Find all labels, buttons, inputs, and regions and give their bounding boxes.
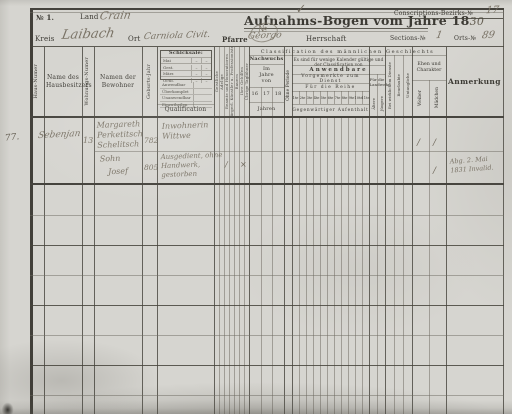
wohnungs-numer-label: Wohnungs-Numer [85, 57, 91, 106]
entryA-names: Margareth Perketitsch Schelitsch [96, 119, 143, 151]
ehen-col-label-0: Weiber [418, 90, 423, 106]
schicksale-row-0-k: – [201, 58, 211, 63]
body-row-line-2 [30, 275, 504, 276]
hausbesitzer-label: Name des Hausbesitzers [46, 74, 80, 88]
grid-vline-light-8 [299, 118, 300, 414]
grid-vline-12 [446, 47, 447, 414]
status-row-0-cells [193, 82, 212, 88]
sections-value-handwriting: 1 [435, 30, 443, 41]
grid-vline-light-11 [320, 118, 321, 414]
geburts-jahr-label: Geburts-Jahr [147, 64, 153, 99]
anmerkung-label: Anmerkung [448, 77, 501, 86]
service-col-label-0: Bei wirklichem Dienste [387, 62, 392, 109]
sections-label: Sections-№ [390, 35, 426, 42]
schicksale-row-1-k: – [201, 65, 211, 70]
orts-label: Orts-№ [454, 35, 476, 42]
entryB-name-line1: Sohn [100, 153, 128, 167]
qualification-label-cell: Qualification [157, 104, 214, 116]
grid-vline-light-13 [334, 118, 335, 414]
ehen-title-cell: Ehen und Charakter [412, 56, 446, 80]
vorgemerkt-title: Vorgemerkte zum Dienst [292, 74, 369, 83]
grid-vline-light-12 [327, 118, 328, 414]
orts-value-handwriting: 89 [481, 30, 496, 41]
grid-vline-6 [249, 47, 250, 414]
ehen-col-0: Weiber [412, 80, 429, 116]
herrschaft-label: Herrschaft [306, 35, 347, 43]
reihe-col-4: 5te [320, 91, 327, 104]
schicksale-row-2-d: – [191, 71, 201, 76]
pfarre-label: Pfarre [222, 35, 248, 44]
nachwuchs-sub: Im Jahre von [249, 66, 284, 86]
land-value-handwriting: Crain [99, 8, 132, 22]
entryB-anmerkung: Abg. 2. Mai 1831 Invalid. [449, 155, 493, 176]
reihe-col-10: 11te [362, 91, 369, 104]
grid-vline-light-16 [355, 118, 356, 414]
landwehr-col-1: Jüngere [377, 91, 385, 116]
reihe-title: Für die Reihe [292, 83, 369, 91]
header-bottom-rule [30, 116, 504, 118]
nachwuchs-rule1 [249, 64, 284, 65]
col-header-haus-numer: Haus-Numer [30, 47, 44, 116]
landwehr-col-label-0: Ältere [371, 98, 376, 110]
sheet-number: № 1. [36, 13, 54, 22]
grid-vline-0 [44, 47, 45, 414]
service-col-2: Untaugliche [403, 55, 412, 116]
anmerkung-header-cell: Anmerkung [446, 47, 503, 116]
classification-title: Classification des männlichen Geschlecht… [249, 49, 446, 55]
row1-bottom-rule [30, 183, 504, 185]
conscription-district-value: 17 [485, 5, 500, 16]
schicksale-row-0: Mai–– [161, 57, 211, 64]
nachwuchs-title-text: Nachwuchs [250, 57, 284, 63]
nachwuchs-foot: Jahren [249, 103, 284, 116]
schicksale-row-0-d: – [191, 58, 201, 63]
grid-vline-light-19 [394, 118, 395, 414]
grid-vline-light-20 [403, 118, 404, 414]
status-row-1-label: Überkomplet [160, 89, 193, 94]
entryB-name-line2: Josef [100, 165, 128, 179]
schicksale-row-2-label: März [161, 71, 191, 76]
body-row-line-1 [30, 245, 504, 246]
body-row-line-4 [30, 335, 504, 336]
service-col-label-2: Untaugliche [405, 73, 410, 98]
entryA-ehen-mark-2: ∕ [433, 138, 436, 148]
frame-right-border [503, 8, 504, 414]
entryB-ehen-mark-2: ∕ [433, 166, 436, 176]
entry-separator [94, 151, 503, 152]
grid-vline-light-3 [234, 118, 235, 414]
schicksale-row-1-label: Gest. [161, 65, 191, 70]
reihe-col-5: 6te [327, 91, 334, 104]
grid-vline-light-17 [362, 118, 363, 414]
grid-vline-light-21 [429, 118, 430, 414]
aufenthalt-foot: Gegenwärtiger Aufenthalt [292, 104, 369, 116]
nachwuchs-age-2: 18 [272, 88, 284, 102]
schicksale-row-2-k: – [201, 71, 211, 76]
reihe-col-1: 2te [299, 91, 306, 104]
kreis-label: Kreis [35, 35, 55, 43]
ehen-title: Ehen und Charakter [416, 62, 442, 74]
applicable-title-text: Anwendbare [309, 67, 367, 73]
entryA-qual-line2: Wittwe [162, 131, 209, 143]
service-col-0: Bei wirklichem Dienste [385, 55, 394, 116]
status-row-2-cells [193, 95, 212, 101]
reihe-col-6: 7te [334, 91, 341, 104]
ort-value-handwriting: Carniola Civit. [143, 30, 211, 42]
grid-vline-3 [142, 47, 143, 414]
col-header-ohne-periode: Ohne Periode [284, 55, 292, 116]
reihe-col-0: 1te [292, 91, 299, 104]
body-row-line-6 [30, 395, 504, 396]
entryA-qualification: Inwohnerin Wittwe [162, 120, 209, 142]
qualification-rule [157, 104, 214, 105]
bewohner-label: Namen der Bewohner [98, 74, 138, 88]
grid-vline-light-15 [348, 118, 349, 414]
grid-vline-light-6 [261, 118, 262, 414]
conscription-district-label: Conscriptions-Bezirks-№ [394, 10, 473, 17]
grid-vline-light-14 [341, 118, 342, 414]
grid-vline-2 [94, 47, 95, 414]
land-label: Land [80, 13, 99, 21]
aufenthalt-foot-text: Gegenwärtiger Aufenthalt [292, 108, 368, 113]
grid-vline-light-9 [306, 118, 307, 414]
grid-vline-light-7 [272, 118, 273, 414]
grid-vline-1 [82, 47, 83, 414]
body-row-line-3 [30, 305, 504, 306]
grid-vline-7 [284, 47, 285, 414]
entryB-class-mark-1: × [240, 160, 247, 169]
ort-label: Ort [128, 35, 141, 43]
entryA-name-line3: Schelitsch [97, 139, 143, 151]
landwehr-col-label-1: Jüngere [379, 96, 384, 111]
grid-vline-light-18 [377, 118, 378, 414]
body-row-line-5 [30, 365, 504, 366]
service-col-1: Beurlaubte [394, 55, 403, 116]
schicksale-status-rows: AnwendbarÜberkompletUnanwendbarEinzuthei… [160, 82, 212, 104]
wohnungs-no-handwriting: 13 [83, 136, 93, 145]
entryB-names: Sohn Josef [100, 153, 129, 180]
nachwuchs-age-1: 17 [261, 88, 273, 102]
vorgemerkt-text: Vorgemerkte zum Dienst [292, 74, 369, 84]
scanned-census-form: № 1. Land Crain ✓ Aufnahms-Bogen vom Jah… [0, 0, 512, 414]
ohne-periode-label: Ohne Periode [286, 70, 291, 101]
landwehr-col-0: Ältere [369, 91, 377, 116]
status-row-0-label: Anwendbar [160, 82, 193, 87]
entryA-ehen-mark-1: ∕ [417, 138, 420, 148]
ehen-col-label-1: Mädchen [435, 87, 440, 108]
qualification-label: Qualification [165, 106, 207, 113]
haus-numer-label: Haus-Numer [34, 64, 40, 99]
schicksale-row-0-label: Mai [161, 58, 191, 63]
status-row-2-label: Unanwendbar [160, 95, 193, 100]
margin-house-number: 77. [5, 132, 20, 143]
schicksale-row-1-d: – [191, 65, 201, 70]
reihe-col-3: 4te [313, 91, 320, 104]
schicksale-year-rows: Mai––Gest.––März––Octb.–– [161, 57, 211, 83]
col-header-hausbesitzer: Name des Hausbesitzers [44, 47, 82, 116]
reihe-col-2: 3te [306, 91, 313, 104]
schicksale-box: Schicksale: Mai––Gest.––März––Octb.–– [160, 50, 212, 80]
col-header-geburts-jahr: Geburts-Jahr [142, 47, 157, 116]
reihe-col-7: 8te [341, 91, 348, 104]
class-col-6: Übrige Taglöhner [244, 47, 249, 116]
grid-vline-light-10 [313, 118, 314, 414]
col-header-wohnungs-numer: Wohnungs-Numer [82, 47, 94, 116]
grid-vline-light-2 [229, 118, 230, 414]
entryB-anmerkung-line2: 1831 Invalid. [450, 164, 494, 176]
nachwuchs-title: Nachwuchs [249, 56, 284, 64]
conscription-rule [330, 18, 503, 19]
schicksale-row-2: März–– [161, 70, 211, 77]
service-col-label-1: Beurlaubte [396, 74, 401, 97]
pfarre-scribble-glyph: № [257, 23, 268, 35]
nachwuchs-age-0: 16 [249, 88, 261, 102]
nachwuchs-sub-text: Im Jahre von [256, 67, 278, 84]
grid-vline-4 [157, 47, 158, 414]
entryB-class-mark-0: ∕ [225, 160, 228, 169]
kreis-value-handwriting: Laibach [60, 26, 115, 43]
status-row-1-cells [193, 89, 212, 95]
schicksale-row-1: Gest.–– [161, 63, 211, 70]
grid-vline-light-0 [219, 118, 220, 414]
col-header-bewohner: Namen der Bewohner [94, 47, 142, 116]
body-row-line-0 [30, 215, 504, 216]
reihe-title-text: Für die Reihe [305, 85, 356, 90]
ehen-col-1: Mädchen [429, 80, 446, 116]
